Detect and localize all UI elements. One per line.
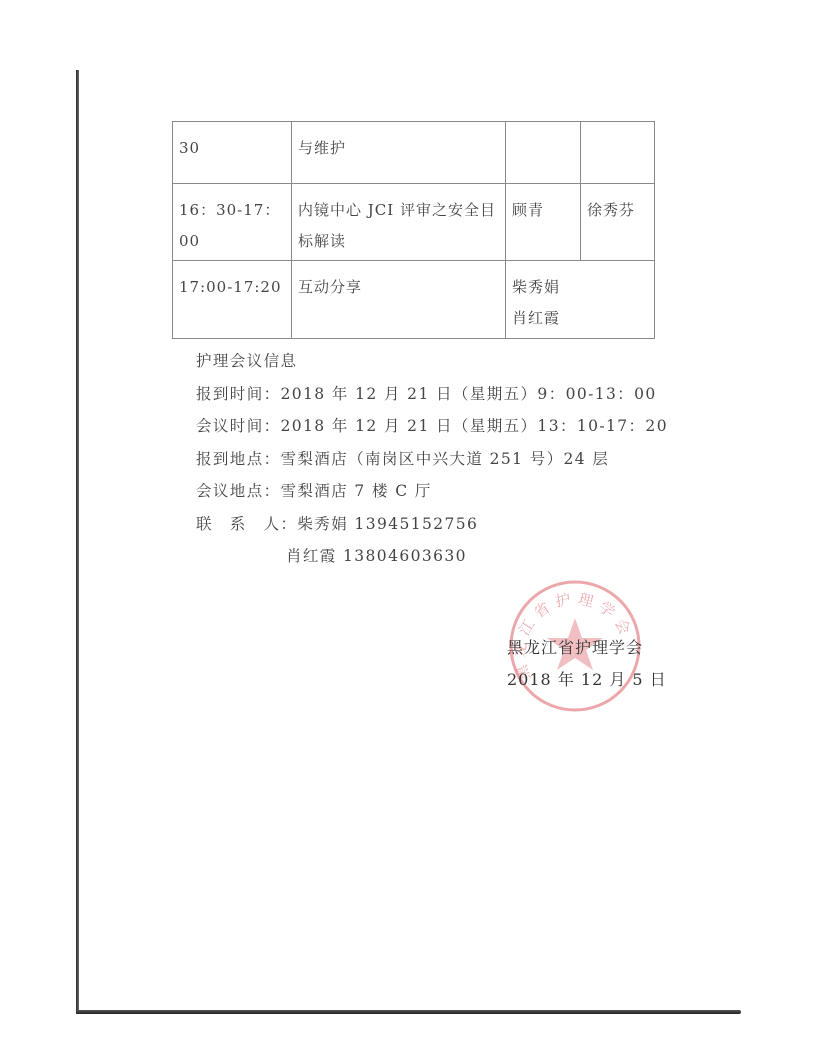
meeting-place: 会议地点：雪梨酒店 7 楼 C 厅 xyxy=(196,475,668,508)
table-row: 30 与维护 xyxy=(173,122,655,184)
speaker-cell: 顾青 xyxy=(506,184,581,261)
meeting-info: 护理会议信息 报到时间：2018 年 12 月 21 日（星期五）9：00-13… xyxy=(196,345,668,573)
organization-name: 黑龙江省护理学会 xyxy=(507,632,667,664)
moderator-cell xyxy=(581,122,655,184)
signature-block: 黑龙江省护理学会 2018 年 12 月 5 日 xyxy=(507,632,667,696)
moderator-cell: 徐秀芬 xyxy=(581,184,655,261)
meeting-time: 会议时间：2018 年 12 月 21 日（星期五）13：10-17：20 xyxy=(196,410,668,443)
hosts-cell: 柴秀娟 肖红霞 xyxy=(506,261,655,339)
speaker-cell xyxy=(506,122,581,184)
topic-cell: 与维护 xyxy=(292,122,506,184)
registration-place: 报到地点：雪梨酒店（南岗区中兴大道 251 号）24 层 xyxy=(196,443,668,476)
contact-person: 柴秀娟 13945152756 xyxy=(297,515,478,533)
topic-cell: 互动分享 xyxy=(292,261,506,339)
info-heading: 护理会议信息 xyxy=(196,345,668,378)
host-name: 肖红霞 xyxy=(512,303,648,334)
contact-person: 肖红霞 13804603630 xyxy=(196,540,668,573)
schedule-table: 30 与维护 16：30-17：00 内镜中心 JCI 评审之安全目标解读 顾青… xyxy=(172,121,655,339)
time-cell: 30 xyxy=(173,122,292,184)
scan-page-bottom-edge xyxy=(77,1010,741,1014)
contact-label: 联 系 人： xyxy=(196,515,297,533)
topic-cell: 内镜中心 JCI 评审之安全目标解读 xyxy=(292,184,506,261)
table-row: 17:00-17:20 互动分享 柴秀娟 肖红霞 xyxy=(173,261,655,339)
contact-line: 联 系 人：柴秀娟 13945152756 xyxy=(196,508,668,541)
signature-date: 2018 年 12 月 5 日 xyxy=(507,664,667,696)
scan-page-left-edge xyxy=(76,70,79,1014)
registration-time: 报到时间：2018 年 12 月 21 日（星期五）9：00-13：00 xyxy=(196,378,668,411)
host-name: 柴秀娟 xyxy=(512,272,648,303)
time-cell: 16：30-17：00 xyxy=(173,184,292,261)
time-cell: 17:00-17:20 xyxy=(173,261,292,339)
table-row: 16：30-17：00 内镜中心 JCI 评审之安全目标解读 顾青 徐秀芬 xyxy=(173,184,655,261)
